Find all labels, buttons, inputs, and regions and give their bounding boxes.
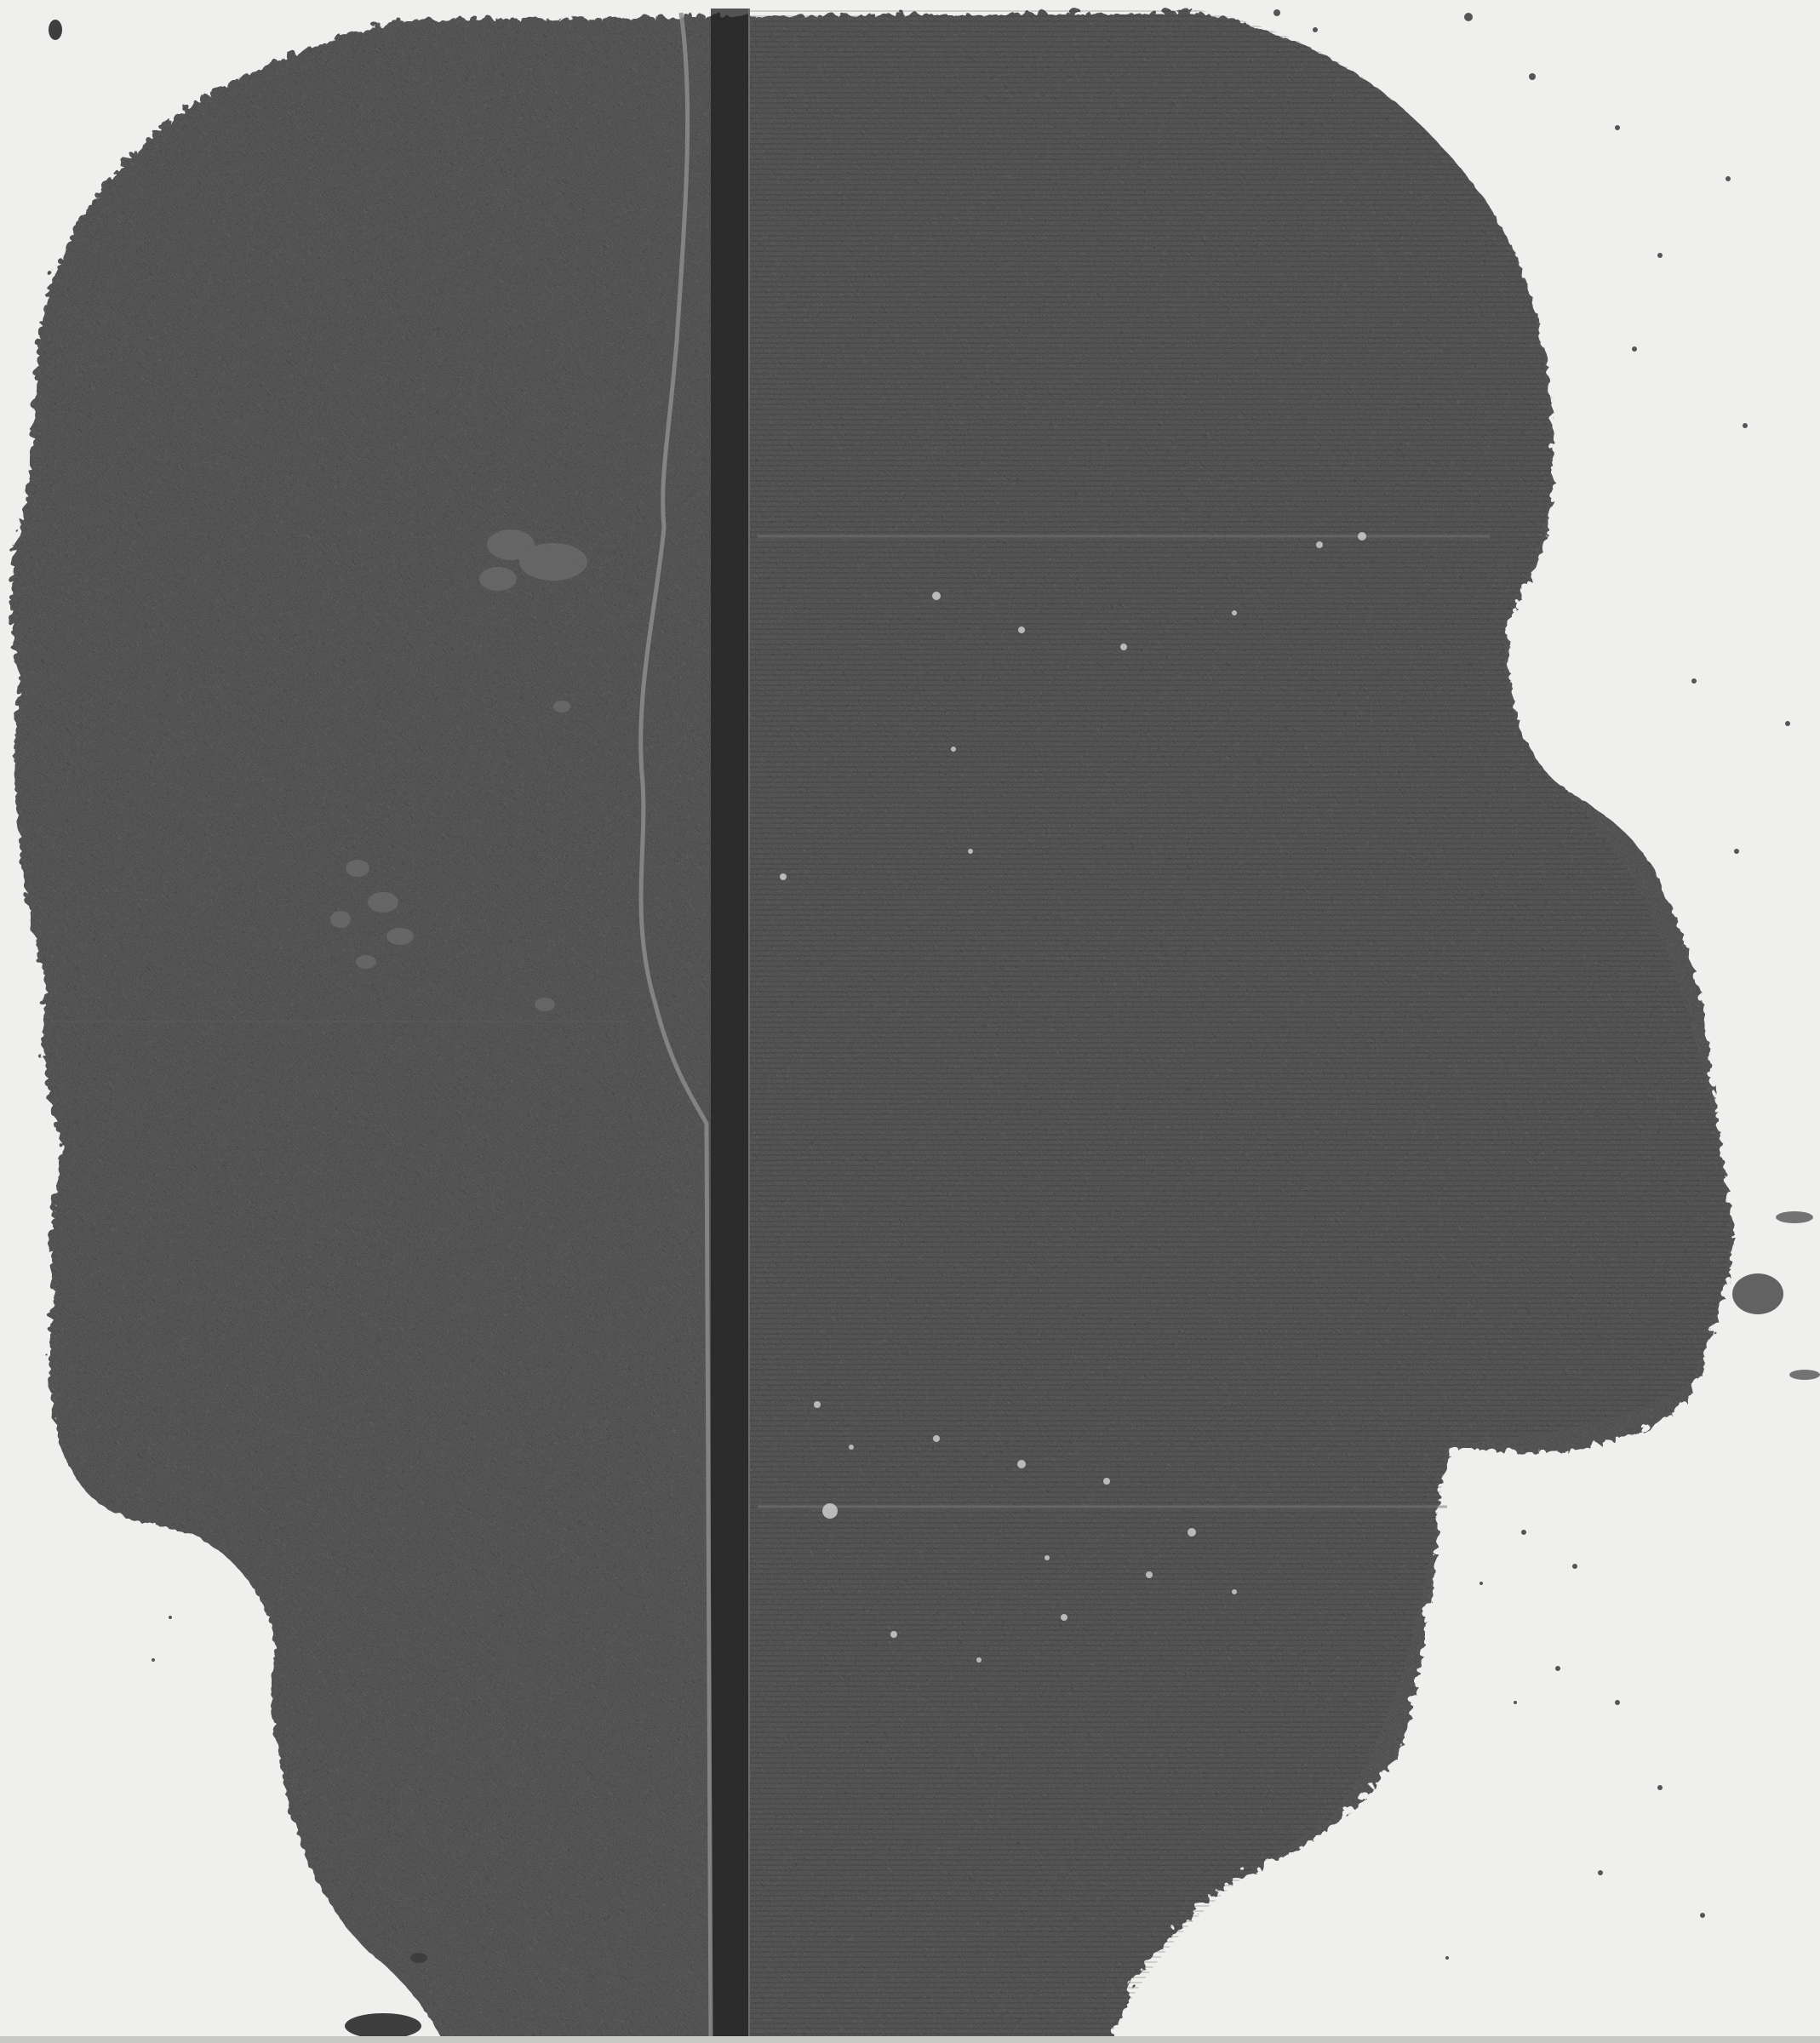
vertical-seam	[711, 9, 749, 2043]
artwork-canvas	[0, 0, 1820, 2043]
bottom-frame-edge	[0, 2036, 1820, 2043]
